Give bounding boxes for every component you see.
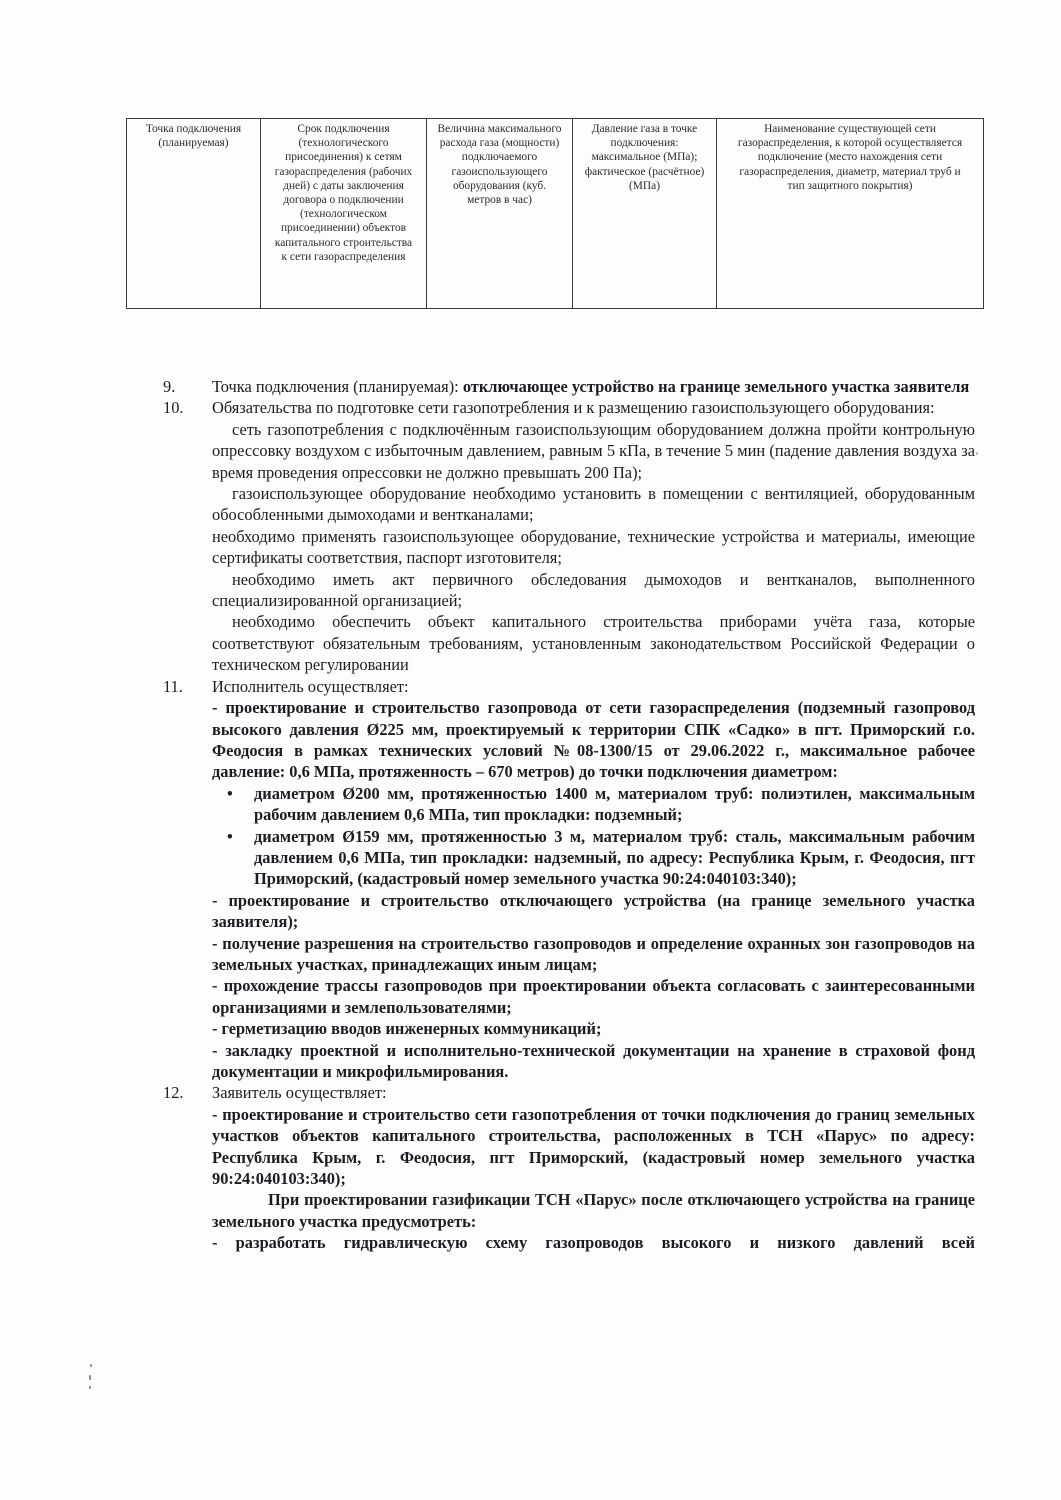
section-11-item: - герметизацию вводов инженерных коммуни… [212, 1018, 975, 1039]
section-number: 12. [163, 1082, 184, 1103]
connection-params-table: Точка подключения (планируемая) Срок под… [126, 118, 984, 309]
section-10-paragraph: необходимо обеспечить объект капитальног… [212, 611, 975, 675]
section-12-item: - разработать гидравлическую схему газоп… [212, 1232, 975, 1253]
scan-speck [89, 1386, 91, 1389]
document-page: Точка подключения (планируемая) Срок под… [0, 0, 1061, 1500]
section-11-item: - закладку проектной и исполнительно-тех… [212, 1040, 975, 1083]
header-connection-term: Срок подключения (технологического присо… [261, 119, 427, 309]
section-number: 11. [163, 676, 183, 697]
bullet-icon: • [227, 826, 233, 847]
section-number: 9. [163, 376, 175, 397]
scan-speck [89, 1375, 91, 1380]
header-network-name: Наименование существующей сети газораспр… [717, 119, 984, 309]
section-11-intro: - проектирование и строительство газопро… [212, 697, 975, 783]
section-11-title: Исполнитель осуществляет: [212, 676, 975, 697]
section-9-value: отключающее устройство на границе земель… [463, 377, 969, 396]
list-item: •диаметром Ø159 мм, протяженностью 3 м, … [254, 826, 975, 890]
section-11-item: - получение разрешения на строительство … [212, 933, 975, 976]
section-11: 11. Исполнитель осуществляет: - проектир… [163, 676, 975, 1083]
diameter-list: •диаметром Ø200 мм, протяженностью 1400 … [212, 783, 975, 890]
table-header-row: Точка подключения (планируемая) Срок под… [127, 119, 984, 309]
section-12: 12. Заявитель осуществляет: - проектиров… [163, 1082, 975, 1253]
header-max-gas-flow: Величина максимального расхода газа (мощ… [427, 119, 573, 309]
document-body: 9. Точка подключения (планируемая): откл… [163, 376, 975, 1254]
bullet-icon: • [227, 783, 233, 804]
section-10-paragraph: сеть газопотребления с подключённым газо… [212, 419, 975, 483]
section-10-paragraph: необходимо применять газоиспользующее об… [212, 526, 975, 569]
section-10-paragraph: газоиспользующее оборудование необходимо… [212, 483, 975, 526]
section-number: 10. [163, 397, 184, 418]
section-12-paragraph: При проектировании газификации ТСН «Пару… [212, 1189, 975, 1232]
header-connection-point: Точка подключения (планируемая) [127, 119, 261, 309]
section-12-title: Заявитель осуществляет: [212, 1082, 975, 1103]
header-gas-pressure: Давление газа в точке подключения: макси… [573, 119, 717, 309]
scan-speck [90, 1364, 92, 1367]
scan-speck [976, 452, 978, 455]
list-item: •диаметром Ø200 мм, протяженностью 1400 … [254, 783, 975, 826]
section-9: 9. Точка подключения (планируемая): откл… [163, 376, 975, 397]
section-12-item: - проектирование и строительство сети га… [212, 1104, 975, 1190]
section-10-title: Обязательства по подготовке сети газопот… [212, 397, 975, 418]
section-9-label: Точка подключения (планируемая): [212, 377, 463, 396]
section-11-item: - прохождение трассы газопроводов при пр… [212, 975, 975, 1018]
section-10: 10. Обязательства по подготовке сети газ… [163, 397, 975, 675]
section-11-item: - проектирование и строительство отключа… [212, 890, 975, 933]
section-10-paragraph: необходимо иметь акт первичного обследов… [212, 569, 975, 612]
